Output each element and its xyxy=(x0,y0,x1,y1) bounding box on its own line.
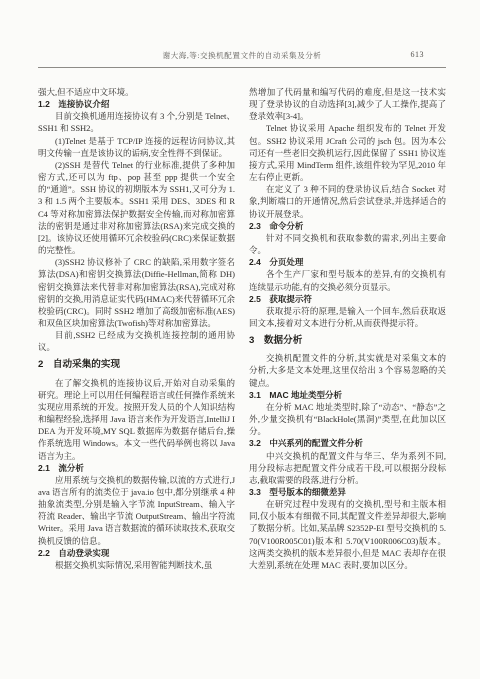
subsection-heading: 2.1 流分析 xyxy=(38,462,235,474)
header-rule xyxy=(38,67,446,68)
paragraph: (3)SSH2 协议修补了 CRC 的缺陷,采用数字签名算法(DSA)和密钥交换… xyxy=(38,256,235,329)
right-column: 然增加了代码量和编写代码的难度,但是这一技术实现了登录协议的自动选择[3],减少… xyxy=(249,86,446,571)
paragraph: Telnet 协议采用 Apache 组织发布的 Telnet 开发包。SSH2… xyxy=(249,122,446,183)
paragraph: 各个生产厂家和型号版本的差异,有的交换机有连续显示功能,有的交换必须分页显示。 xyxy=(249,268,446,292)
subsection-heading: 1.2 连接协议介绍 xyxy=(38,98,235,110)
paragraph: 应用系统与交换机的数据传输,以流的方式进行,Java 语言所有的流类位于 jav… xyxy=(38,474,235,547)
paragraph: (2)SSH 是替代 Telnet 的行业标准,提供了多种加密方式,还可以为 f… xyxy=(38,159,235,256)
subsection-heading: 3.1 MAC 地址类型分析 xyxy=(249,389,446,401)
paragraph: (1)Telnet 是基于 TCP/IP 连接的远程访问协议,其明文传输一直是该… xyxy=(38,135,235,159)
paragraph: 目前交换机通用连接协议有 3 个,分别是 Telnet、SSH1 和 SSH2。 xyxy=(38,110,235,134)
paragraph: 交换机配置文件的分析,其实就是对采集文本的分析,大多是文本处理,这里仅给出 3 … xyxy=(249,352,446,388)
section-heading: 2 自动采集的实现 xyxy=(38,359,235,371)
paragraph: 根据交换机实际情况,采用智能判断技术,虽 xyxy=(38,559,235,571)
paragraph: 目前,SSH2 已经成为交换机连接控制的通用协议。 xyxy=(38,329,235,353)
page-number: 613 xyxy=(411,50,425,59)
subsection-heading: 3.2 中兴系列的配置文件分析 xyxy=(249,437,446,449)
paragraph: 在了解交换机的连接协议后,开始对自动采集的研究。理论上可以用任何编程语言或任何操… xyxy=(38,377,235,462)
two-column-body: 强大,但不适应中文环境。 1.2 连接协议介绍 目前交换机通用连接协议有 3 个… xyxy=(38,86,446,571)
paragraph: 在分析 MAC 地址类型时,除了“动态”、“静态”之外,少量交换机有“Black… xyxy=(249,401,446,437)
paragraph: 针对不同交换机和获取参数的需求,列出主要命令。 xyxy=(249,232,446,256)
paragraph: 获取提示符的原理,是输入一个回车,然后获取返回文本,接着对文本进行分析,从而获得… xyxy=(249,305,446,329)
paragraph: 中兴交换机的配置文件与华三、华为系列不同,用分段标志把配置文件分成若干段,可以根… xyxy=(249,450,446,486)
running-header: 谢大海,等:交换机配置文件的自动采集及分析 613 xyxy=(38,50,446,63)
subsection-heading: 2.5 获取提示符 xyxy=(249,293,446,305)
paper-page: 谢大海,等:交换机配置文件的自动采集及分析 613 强大,但不适应中文环境。 1… xyxy=(0,0,480,679)
subsection-heading: 2.2 自动登录实现 xyxy=(38,547,235,559)
paragraph: 在定义了 3 种不同的登录协议后,结合 Socket 对象,判断端口的开通情况,… xyxy=(249,183,446,219)
subsection-heading: 3.3 型号版本的细微差异 xyxy=(249,486,446,498)
paragraph: 强大,但不适应中文环境。 xyxy=(38,86,235,98)
paragraph: 在研究过程中发现有的交换机,型号和主版本相同,仅小版本有细微不同,其配置文件差异… xyxy=(249,498,446,571)
subsection-heading: 2.3 命令分析 xyxy=(249,220,446,232)
subsection-heading: 2.4 分页处理 xyxy=(249,256,446,268)
left-column: 强大,但不适应中文环境。 1.2 连接协议介绍 目前交换机通用连接协议有 3 个… xyxy=(38,86,235,571)
section-heading: 3 数据分析 xyxy=(249,335,446,347)
running-title: 谢大海,等:交换机配置文件的自动采集及分析 xyxy=(38,50,446,61)
paragraph: 然增加了代码量和编写代码的难度,但是这一技术实现了登录协议的自动选择[3],减少… xyxy=(249,86,446,122)
